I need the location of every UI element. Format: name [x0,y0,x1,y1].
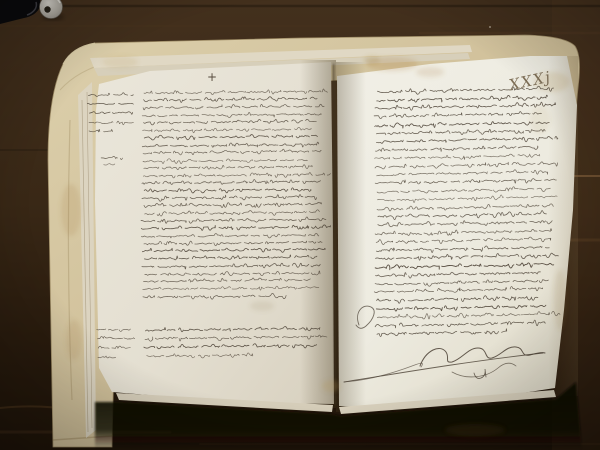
stain [66,320,82,360]
stain [416,67,444,77]
stain [102,56,138,68]
photo-of-manuscript: + XXXj [0,0,600,450]
stain [364,56,380,64]
stain [554,270,566,330]
stain [322,380,340,392]
stain [61,184,81,236]
metal-key-tag [40,0,65,21]
manuscript-photo-canvas: + XXXj [0,0,600,450]
key-tag-hole [44,6,50,12]
cross-mark: + [207,70,217,84]
stain [250,301,274,311]
stain [445,424,505,436]
